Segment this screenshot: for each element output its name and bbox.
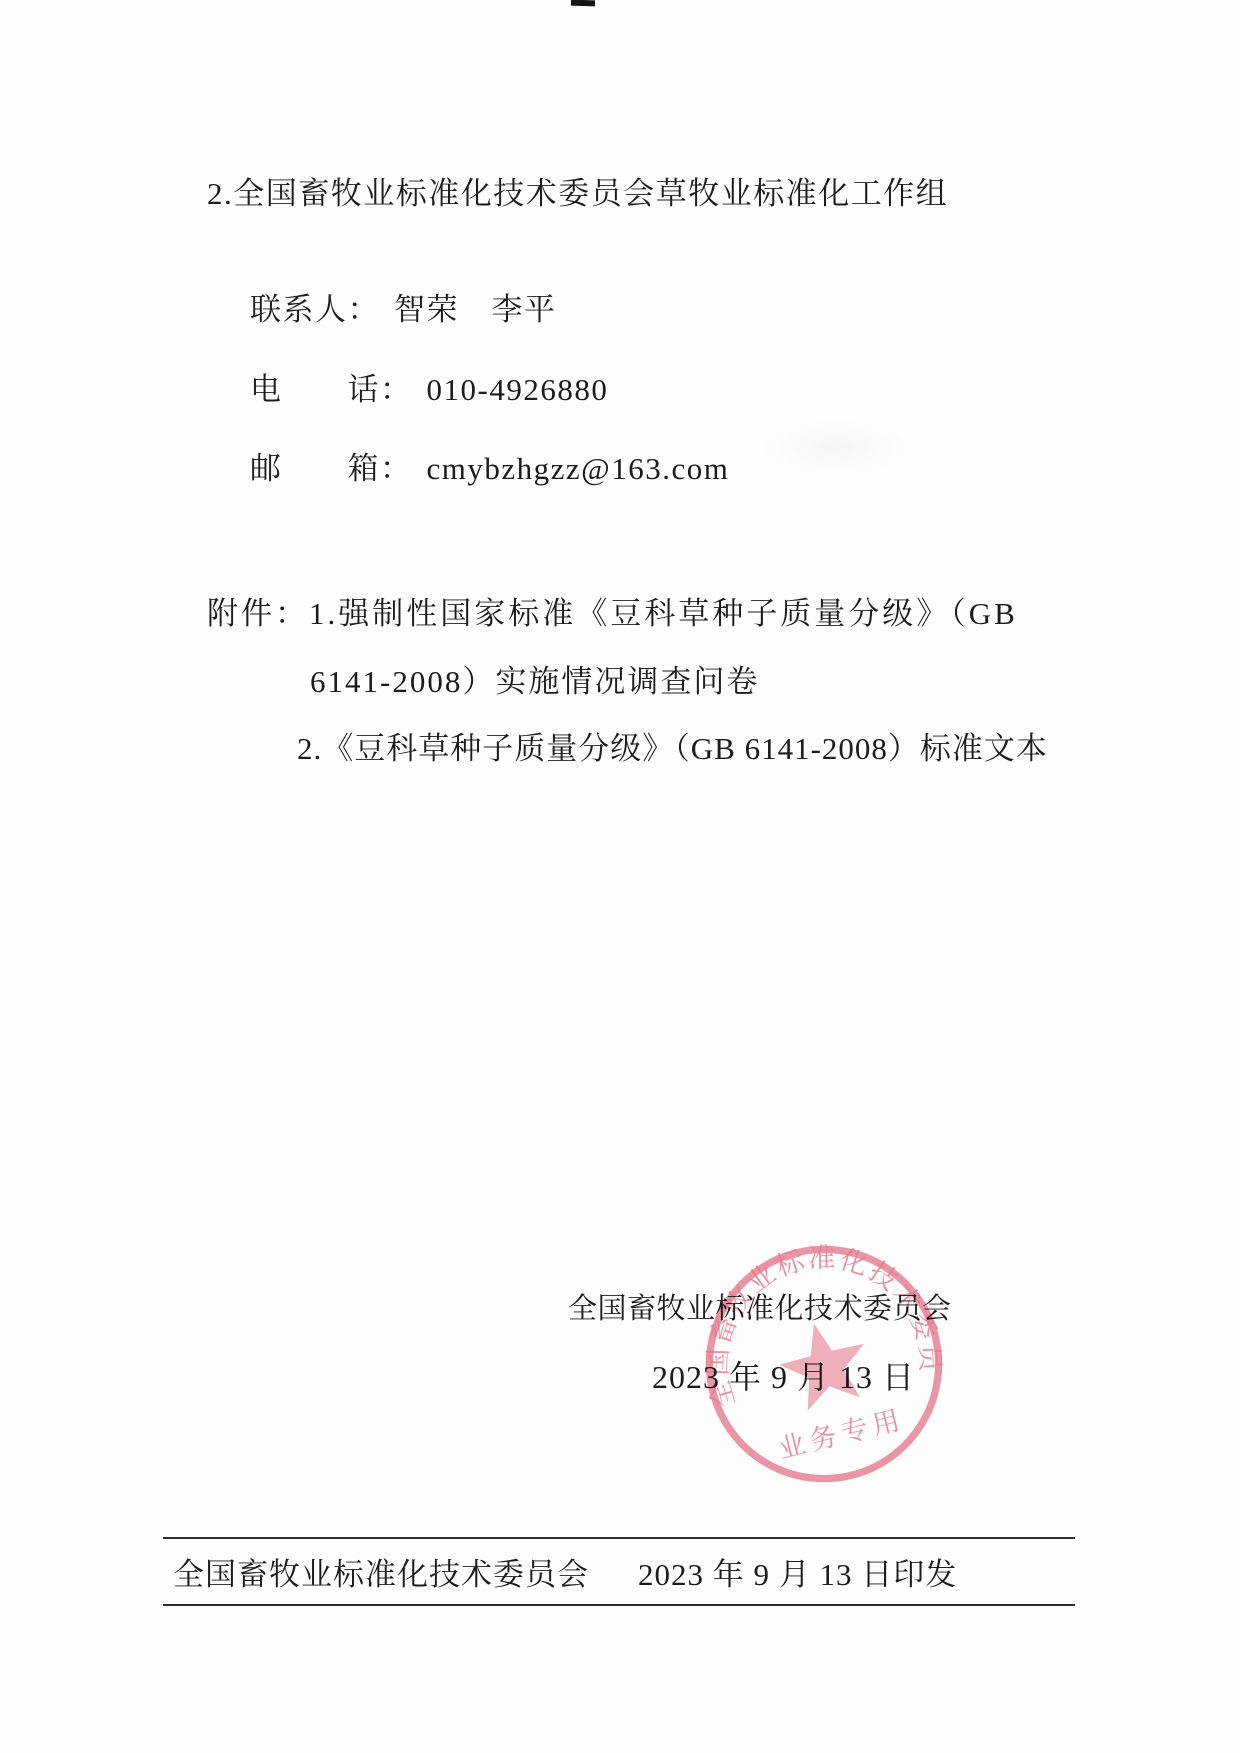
attachment-item1-line1: 附件：1.强制性国家标准《豆科草种子质量分级》（GB [207,588,1018,633]
footer-rule-bottom [163,1604,1075,1606]
official-seal: 全国畜牧业标准化技术委员会 业务专用 [672,1212,975,1515]
contact-value: 智荣 李平 [394,292,557,327]
email-label: 邮 箱： [250,451,413,486]
footer-issuing-org: 全国畜牧业标准化技术委员会 [173,1549,589,1594]
email-line: 邮 箱：cmybzhgzz@163.com [213,407,729,524]
phone-value: 010-4926880 [427,372,609,407]
contact-label: 联系人： [250,292,380,327]
footer-issue-date: 2023 年 9 月 13 日印发 [638,1549,957,1594]
phone-label: 电 话： [250,372,413,407]
document-page: 2.全国畜牧业标准化技术委员会草牧业标准化工作组 联系人：智荣 李平 电 话：0… [0,0,1240,1753]
attachment-item1-line2: 6141-2008）实施情况调查问卷 [310,656,759,701]
email-value: cmybzhgzz@163.com [427,451,730,486]
recipient-org-line: 2.全国畜牧业标准化技术委员会草牧业标准化工作组 [207,168,948,213]
scan-artifact-smudge [760,420,910,475]
attachment-item2: 2.《豆科草种子质量分级》（GB 6141-2008）标准文本 [297,723,1048,768]
scan-artifact-mark [571,0,595,6]
seal-star-icon [772,1313,877,1415]
footer-rule-top [163,1537,1075,1539]
